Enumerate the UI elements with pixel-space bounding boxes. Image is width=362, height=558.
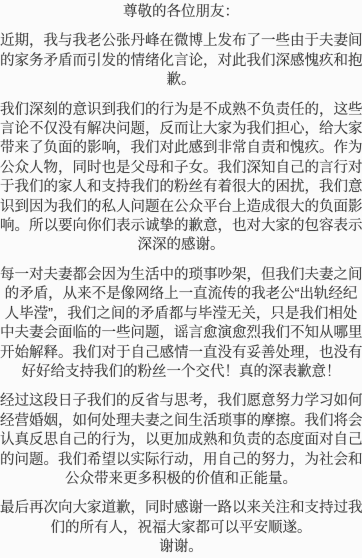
- paragraph: 我们深刻的意识到我们的行为是不成熟不负责任的，这些言论不仅没有解决问题，反而让大…: [0, 101, 362, 256]
- text-line: 中夫妻会面临的一些问题，谣言愈演愈烈我们不知从哪里: [0, 324, 362, 343]
- text-line: 最后再次向大家道歉，同时感谢一路以来关注和支持过我: [0, 499, 362, 518]
- text-line: 带来了负面的影响，我们对此感到非常自责和愧疚。作为: [0, 139, 362, 158]
- letter-title: 尊敬的各位朋友：: [0, 3, 362, 22]
- paragraph: 近期，我与我老公张丹峰在微博上发布了一些由于夫妻间的家务矛盾而引发的情绪化言论，…: [0, 32, 362, 90]
- text-line: 的家务矛盾而引发的情绪化言论，对此我们深感愧疚和抱: [0, 52, 362, 71]
- text-line: 人毕滢”，我们之间的矛盾都与毕滢无关，只是我们相处: [0, 305, 362, 324]
- text-line: 近期，我与我老公张丹峰在微博上发布了一些由于夫妻间: [0, 32, 362, 51]
- text-line: 经过这段日子我们的反省与思考，我们愿意努力学习如何: [0, 392, 362, 411]
- text-line: 于我们的家人和支持我们的粉丝有着很大的困扰，我们意: [0, 178, 362, 197]
- text-line: 深深的感谢。: [0, 236, 362, 255]
- apology-letter: 尊敬的各位朋友： 近期，我与我老公张丹峰在微博上发布了一些由于夫妻间的家务矛盾而…: [0, 0, 362, 558]
- text-line: 的问题。我们希望以实际行动，用自己的努力，为社会和: [0, 451, 362, 470]
- text-line: 认真反思自己的行为，以更加成熟和负责的态度面对自己: [0, 431, 362, 450]
- text-line: 言论不仅没有解决问题，反而让大家为我们担心，给大家: [0, 120, 362, 139]
- text-line: 公众带来更多积极的价值和正能量。: [0, 470, 362, 489]
- text-line: 们的所有人，祝福大家都可以平安顺遂。: [0, 519, 362, 538]
- text-line: 响。所以要向你们表示诚挚的歉意，也对大家的包容表示: [0, 217, 362, 236]
- text-line: 公众人物，同时也是父母和子女。我们深知自己的言行对: [0, 159, 362, 178]
- text-line: 我们深刻的意识到我们的行为是不成熟不负责任的，这些: [0, 101, 362, 120]
- letter-body: 近期，我与我老公张丹峰在微博上发布了一些由于夫妻间的家务矛盾而引发的情绪化言论，…: [0, 32, 362, 557]
- text-line: 好好给支持我们的粉丝一个交代！真的深表歉意！: [0, 363, 362, 382]
- text-line: 识到因为我们的私人问题在公众平台上造成很大的负面影: [0, 198, 362, 217]
- text-line: 开始解释。我们对于自己感情一直没有妥善处理，也没有: [0, 344, 362, 363]
- paragraph: 每一对夫妻都会因为生活中的琐事吵架，但我们夫妻之间的矛盾，从来不是像网络上一直流…: [0, 266, 362, 382]
- paragraph: 最后再次向大家道歉，同时感谢一路以来关注和支持过我们的所有人，祝福大家都可以平安…: [0, 499, 362, 557]
- text-line: 歉。: [0, 71, 362, 90]
- text-line: 谢谢。: [0, 538, 362, 557]
- text-line: 每一对夫妻都会因为生活中的琐事吵架，但我们夫妻之间: [0, 266, 362, 285]
- text-line: 经营婚姻，如何处理夫妻之间生活琐事的摩擦。我们将会: [0, 412, 362, 431]
- text-line: 的矛盾，从来不是像网络上一直流传的我老公“出轨经纪: [0, 285, 362, 304]
- paragraph: 经过这段日子我们的反省与思考，我们愿意努力学习如何经营婚姻，如何处理夫妻之间生活…: [0, 392, 362, 489]
